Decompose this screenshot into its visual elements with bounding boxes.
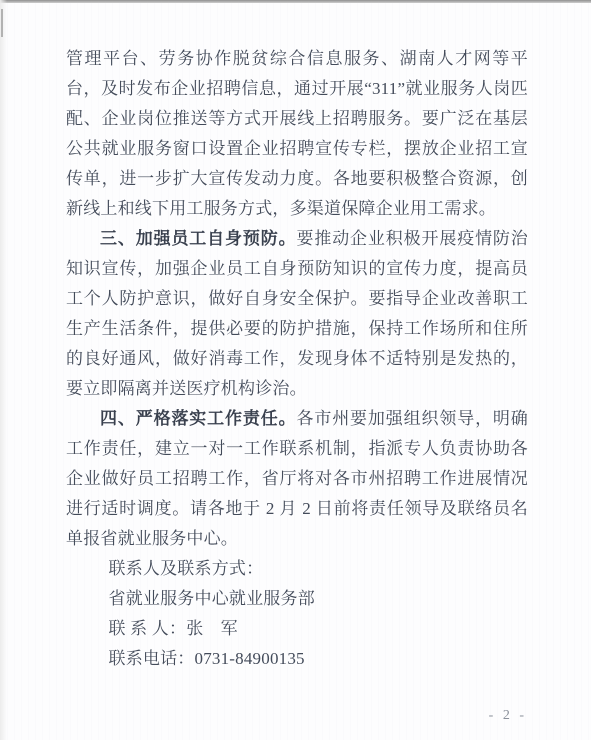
contact-phone-line: 联系电话：0731-84900135 (66, 644, 528, 674)
document-page: 管理平台、劳务协作脱贫综合信息服务、湖南人才网等平台，及时发布企业招聘信息，通过… (0, 0, 591, 740)
document-text-block: 管理平台、劳务协作脱贫综合信息服务、湖南人才网等平台，及时发布企业招聘信息，通过… (66, 44, 528, 674)
paragraph-text: 各市州要加强组织领导，明确工作责任，建立一对一工作联系机制，指派专人负责协助各企… (66, 409, 528, 548)
section-4-paragraph: 四、严格落实工作责任。各市州要加强组织领导，明确工作责任，建立一对一工作联系机制… (66, 404, 528, 554)
paragraph-text: 要推动企业积极开展疫情防治知识宣传，加强企业员工自身预防知识的宣传力度，提高员工… (66, 229, 528, 398)
scan-top-edge (0, 0, 591, 3)
contact-heading-line: 联系人及联系方式： (66, 554, 528, 584)
contact-department-line: 省就业服务中心就业服务部 (66, 584, 528, 614)
section-4-heading: 四、严格落实工作责任。 (100, 409, 296, 428)
section-3-heading: 三、加强员工自身预防。 (100, 229, 296, 248)
section-3-paragraph: 三、加强员工自身预防。要推动企业积极开展疫情防治知识宣传，加强企业员工自身预防知… (66, 224, 528, 404)
paragraph-text: 管理平台、劳务协作脱贫综合信息服务、湖南人才网等平台，及时发布企业招聘信息，通过… (66, 49, 528, 218)
contact-person-line: 联 系 人：张 军 (66, 614, 528, 644)
page-number: - 2 - (489, 708, 527, 724)
scan-artifact (1, 9, 3, 37)
paragraph-continuation: 管理平台、劳务协作脱贫综合信息服务、湖南人才网等平台，及时发布企业招聘信息，通过… (66, 44, 528, 224)
scan-left-edge (0, 0, 7, 740)
